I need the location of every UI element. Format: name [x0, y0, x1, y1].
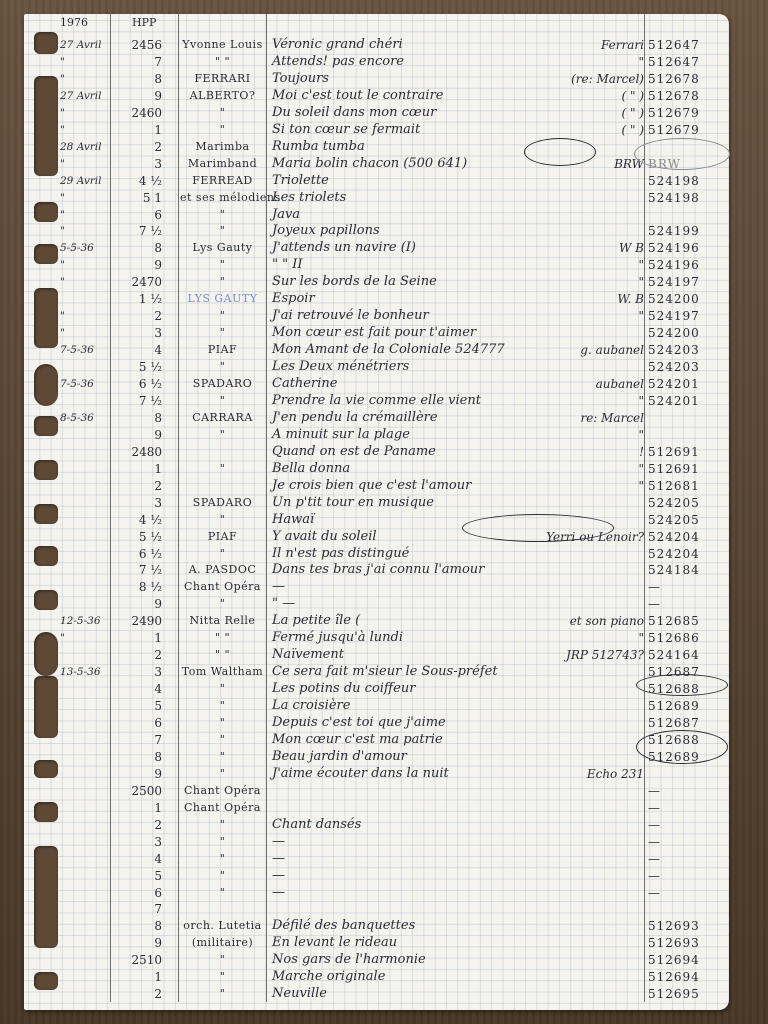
- row-title: Les triolets: [272, 189, 346, 207]
- row-catalog-number: 512694: [648, 951, 728, 969]
- row-catalog-number: 524205: [648, 494, 728, 512]
- table-row: 1 ½LYS GAUTYEspoirW. B524200: [24, 290, 729, 308]
- table-row: 2"Neuville512695: [24, 985, 729, 1003]
- row-note: ": [544, 392, 644, 410]
- row-catalog-number: —: [648, 850, 728, 868]
- row-hpp-number: 4: [112, 850, 166, 868]
- row-title: Triolette: [272, 172, 329, 190]
- row-catalog-number: 524201: [648, 375, 728, 393]
- table-row: 28 Avril2MarimbaRumba tumba: [24, 138, 729, 156]
- row-note: g. aubanel: [544, 341, 644, 359]
- row-artist: Lys Gauty: [180, 239, 265, 257]
- row-date: 5-5-36: [60, 239, 110, 257]
- row-note: ( " ): [544, 121, 644, 139]
- row-catalog-number: 524198: [648, 172, 728, 190]
- row-title: Quand on est de Paname: [272, 443, 436, 461]
- row-title: —: [272, 833, 285, 851]
- row-catalog-number: 524196: [648, 239, 728, 257]
- table-row: 7"Mon cœur c'est ma patrie512688: [24, 731, 729, 749]
- table-row: 2"Chant dansés—: [24, 816, 729, 834]
- row-title: J'attends un navire (I): [272, 239, 416, 257]
- table-row: 8orch. LutetiaDéfilé des banquettes51269…: [24, 917, 729, 935]
- row-date: ": [60, 256, 110, 274]
- table-row: 9"" ——: [24, 595, 729, 613]
- row-catalog-number: 524201: [648, 392, 728, 410]
- row-hpp-number: 5 1: [112, 189, 166, 207]
- table-row: 13-5-363Tom WalthamCe sera fait m'sieur …: [24, 663, 729, 681]
- table-row: "3MarimbandMaria bolin chacon (500 641)B…: [24, 155, 729, 173]
- row-catalog-number: 524203: [648, 358, 728, 376]
- table-row: 7 ½"Prendre la vie comme elle vient"5242…: [24, 392, 729, 410]
- row-hpp-number: 9: [112, 595, 166, 613]
- row-title: Du soleil dans mon cœur: [272, 104, 436, 122]
- row-catalog-number: 524197: [648, 307, 728, 325]
- row-date: ": [60, 104, 110, 122]
- row-date: ": [60, 307, 110, 325]
- row-artist: ": [180, 460, 265, 478]
- row-date: 29 Avril: [60, 172, 110, 190]
- row-note: W. B: [544, 290, 644, 308]
- row-title: J'aime écouter dans la nuit: [272, 765, 449, 783]
- row-hpp-number: 2: [112, 138, 166, 156]
- row-hpp-number: 2460: [112, 104, 166, 122]
- table-row: 6"——: [24, 884, 729, 902]
- note-circle: [462, 514, 614, 542]
- row-hpp-number: 2: [112, 816, 166, 834]
- row-artist: ": [180, 324, 265, 342]
- row-date: ": [60, 222, 110, 240]
- row-catalog-number: 512689: [648, 697, 728, 715]
- row-artist: ": [180, 392, 265, 410]
- row-hpp-number: 1: [112, 629, 166, 647]
- row-title: —: [272, 867, 285, 885]
- table-row: 6"Depuis c'est toi que j'aime512687: [24, 714, 729, 732]
- row-artist: Tom Waltham: [180, 663, 265, 681]
- table-row: 4"——: [24, 850, 729, 868]
- row-hpp-number: 6 ½: [112, 545, 166, 563]
- table-row: 2" "NaïvementJRP 512743?524164: [24, 646, 729, 664]
- row-hpp-number: 8: [112, 239, 166, 257]
- row-hpp-number: 7: [112, 731, 166, 749]
- row-artist: Chant Opéra: [180, 799, 265, 817]
- row-hpp-number: 2500: [112, 782, 166, 800]
- table-row: "2"J'ai retrouvé le bonheur"524197: [24, 307, 729, 325]
- row-artist: Chant Opéra: [180, 578, 265, 596]
- row-hpp-number: 9: [112, 765, 166, 783]
- row-artist: Marimband: [180, 155, 265, 173]
- row-title: Mon cœur c'est ma patrie: [272, 731, 443, 749]
- row-artist: ": [180, 595, 265, 613]
- row-catalog-number: 524184: [648, 561, 728, 579]
- row-hpp-number: 1: [112, 121, 166, 139]
- row-date: 8-5-36: [60, 409, 110, 427]
- row-title: Ce sera fait m'sieur le Sous-préfet: [272, 663, 498, 681]
- row-catalog-number: 512679: [648, 104, 728, 122]
- row-note: JRP 512743?: [544, 646, 644, 664]
- row-hpp-number: 1: [112, 460, 166, 478]
- row-title: Hawaï: [272, 511, 314, 529]
- row-hpp-number: 8: [112, 748, 166, 766]
- row-hpp-number: 8: [112, 917, 166, 935]
- row-hpp-number: 7 ½: [112, 561, 166, 579]
- row-title: Beau jardin d'amour: [272, 748, 407, 766]
- row-artist: A. PASDOC: [180, 561, 265, 579]
- row-catalog-number: 524197: [648, 273, 728, 291]
- row-note: ( " ): [544, 87, 644, 105]
- row-hpp-number: 6: [112, 206, 166, 224]
- table-row: 8 ½Chant Opéra——: [24, 578, 729, 596]
- table-row: 5-5-368Lys GautyJ'attends un navire (I)W…: [24, 239, 729, 257]
- table-row: 8-5-368CARRARAJ'en pendu la crémaillèrer…: [24, 409, 729, 427]
- row-artist: orch. Lutetia: [180, 917, 265, 935]
- row-hpp-number: 5 ½: [112, 528, 166, 546]
- row-hpp-number: 3: [112, 494, 166, 512]
- ledger-header: 1976 HPP: [24, 14, 729, 32]
- row-date: ": [60, 70, 110, 88]
- row-title: Java: [272, 206, 300, 224]
- row-date: 27 Avril: [60, 36, 110, 54]
- table-row: "1" "Fermé jusqu'à lundi"512686: [24, 629, 729, 647]
- row-artist: ": [180, 222, 265, 240]
- row-title: —: [272, 850, 285, 868]
- row-title: Sur les bords de la Seine: [272, 273, 437, 291]
- row-title: Neuville: [272, 985, 327, 1003]
- row-hpp-number: 4 ½: [112, 172, 166, 190]
- row-catalog-number: 512647: [648, 36, 728, 54]
- row-catalog-number: 512686: [648, 629, 728, 647]
- row-note: ": [544, 426, 644, 444]
- row-catalog-number: 524204: [648, 528, 728, 546]
- row-note: aubanel: [544, 375, 644, 393]
- table-row: 27 Avril9ALBERTO?Moi c'est tout le contr…: [24, 87, 729, 105]
- row-title: Fermé jusqu'à lundi: [272, 629, 403, 647]
- row-catalog-number: —: [648, 867, 728, 885]
- row-hpp-number: 1 ½: [112, 290, 166, 308]
- row-artist: ": [180, 850, 265, 868]
- row-title: Moi c'est tout le contraire: [272, 87, 444, 105]
- row-artist: FERRARI: [180, 70, 265, 88]
- row-title: Si ton cœur se fermait: [272, 121, 420, 139]
- table-row: 4"Les potins du coiffeur512688: [24, 680, 729, 698]
- table-row: 12-5-362490Nitta RelleLa petite île (et …: [24, 612, 729, 630]
- row-hpp-number: 6 ½: [112, 375, 166, 393]
- row-catalog-number: 524196: [648, 256, 728, 274]
- row-catalog-number: —: [648, 595, 728, 613]
- row-note: ": [544, 477, 644, 495]
- row-artist: ": [180, 884, 265, 902]
- row-hpp-number: 2: [112, 646, 166, 664]
- table-row: "2460"Du soleil dans mon cœur( " )512679: [24, 104, 729, 122]
- row-hpp-number: 2480: [112, 443, 166, 461]
- table-row: 1Chant Opéra—: [24, 799, 729, 817]
- row-artist: ": [180, 511, 265, 529]
- row-note: W B: [544, 239, 644, 257]
- row-artist: Chant Opéra: [180, 782, 265, 800]
- cat-circle: [636, 730, 728, 764]
- row-title: Chant dansés: [272, 816, 361, 834]
- row-note: ": [544, 256, 644, 274]
- table-row: 2510"Nos gars de l'harmonie512694: [24, 951, 729, 969]
- row-artist: ": [180, 273, 265, 291]
- row-hpp-number: 9: [112, 426, 166, 444]
- row-hpp-number: 6: [112, 714, 166, 732]
- row-artist: et ses mélodiens: [180, 189, 265, 207]
- row-artist: ": [180, 985, 265, 1003]
- table-row: "9"" " II"524196: [24, 256, 729, 274]
- row-hpp-number: 3: [112, 833, 166, 851]
- row-artist: ": [180, 867, 265, 885]
- table-row: 29 Avril4 ½FERREADTriolette524198: [24, 172, 729, 190]
- brw-circle: [524, 138, 596, 166]
- row-artist: FERREAD: [180, 172, 265, 190]
- row-artist: ": [180, 680, 265, 698]
- row-artist: " ": [180, 629, 265, 647]
- row-hpp-number: 7 ½: [112, 222, 166, 240]
- row-catalog-number: —: [648, 799, 728, 817]
- row-hpp-number: 7: [112, 900, 166, 918]
- row-note: ": [544, 53, 644, 71]
- row-title: Rumba tumba: [272, 138, 365, 156]
- row-catalog-number: 512693: [648, 934, 728, 952]
- row-artist: PIAF: [180, 341, 265, 359]
- row-artist: ": [180, 816, 265, 834]
- table-row: "6"Java: [24, 206, 729, 224]
- row-hpp-number: 1: [112, 799, 166, 817]
- row-artist: Nitta Relle: [180, 612, 265, 630]
- row-artist: SPADARO: [180, 375, 265, 393]
- row-artist: ": [180, 968, 265, 986]
- table-row: "2470"Sur les bords de la Seine"524197: [24, 273, 729, 291]
- row-title: Toujours: [272, 70, 329, 88]
- row-date: ": [60, 121, 110, 139]
- row-artist: SPADARO: [180, 494, 265, 512]
- row-catalog-number: 512679: [648, 121, 728, 139]
- row-catalog-number: 512691: [648, 443, 728, 461]
- row-date: ": [60, 273, 110, 291]
- table-row: 5 ½"Les Deux ménétriers524203: [24, 358, 729, 376]
- row-date: ": [60, 324, 110, 342]
- row-date: ": [60, 206, 110, 224]
- table-row: "5 1et ses mélodiensLes triolets524198: [24, 189, 729, 207]
- row-title: Véronic grand chéri: [272, 36, 403, 54]
- row-hpp-number: 3: [112, 663, 166, 681]
- table-row: "1"Si ton cœur se fermait( " )512679: [24, 121, 729, 139]
- row-title: Mon Amant de la Coloniale 524777: [272, 341, 505, 359]
- row-hpp-number: 2: [112, 477, 166, 495]
- row-artist: ": [180, 833, 265, 851]
- row-date: 28 Avril: [60, 138, 110, 156]
- row-artist: ": [180, 307, 265, 325]
- row-hpp-number: 3: [112, 155, 166, 173]
- row-note: ": [544, 273, 644, 291]
- table-row: 9"A minuit sur la plage": [24, 426, 729, 444]
- row-catalog-number: —: [648, 816, 728, 834]
- row-artist: ALBERTO?: [180, 87, 265, 105]
- table-row: "8FERRARIToujours(re: Marcel)512678: [24, 70, 729, 88]
- row-artist: CARRARA: [180, 409, 265, 427]
- row-title: " —: [272, 595, 295, 613]
- row-artist: ": [180, 765, 265, 783]
- row-title: Les potins du coiffeur: [272, 680, 415, 698]
- row-hpp-number: 7: [112, 53, 166, 71]
- row-note: et son piano: [544, 612, 644, 630]
- row-date: ": [60, 53, 110, 71]
- row-artist: " ": [180, 646, 265, 664]
- row-hpp-number: 5: [112, 697, 166, 715]
- row-note: (re: Marcel): [544, 70, 644, 88]
- row-date: ": [60, 629, 110, 647]
- row-artist: ": [180, 121, 265, 139]
- cat-circle: [636, 674, 728, 696]
- row-date: 7-5-36: [60, 375, 110, 393]
- row-title: Maria bolin chacon (500 641): [272, 155, 467, 173]
- row-hpp-number: 9: [112, 934, 166, 952]
- row-catalog-number: 524164: [648, 646, 728, 664]
- table-row: 2480Quand on est de Paname!512691: [24, 443, 729, 461]
- row-artist: ": [180, 104, 265, 122]
- row-artist: " ": [180, 53, 265, 71]
- row-hpp-number: 1: [112, 968, 166, 986]
- row-catalog-number: 524204: [648, 545, 728, 563]
- row-note: ": [544, 307, 644, 325]
- row-date: 27 Avril: [60, 87, 110, 105]
- row-catalog-number: 512691: [648, 460, 728, 478]
- row-title: Marche originale: [272, 968, 385, 986]
- row-title: " " II: [272, 256, 303, 274]
- brw-pencil-circle: [634, 138, 730, 170]
- row-title: En levant le rideau: [272, 934, 397, 952]
- row-artist: ": [180, 256, 265, 274]
- ledger-sheet: 1976 HPP 27 Avril2456Yvonne LouisVéronic…: [24, 14, 729, 1010]
- row-note: re: Marcel: [544, 409, 644, 427]
- row-hpp-number: 4 ½: [112, 511, 166, 529]
- row-artist: (militaire): [180, 934, 265, 952]
- table-row: 9"J'aime écouter dans la nuitEcho 231: [24, 765, 729, 783]
- row-title: Dans tes bras j'ai connu l'amour: [272, 561, 484, 579]
- row-artist: Marimba: [180, 138, 265, 156]
- row-hpp-number: 2: [112, 307, 166, 325]
- row-title: La petite île (: [272, 612, 360, 630]
- table-row: 3SPADAROUn p'tit tour en musique524205: [24, 494, 729, 512]
- row-artist: ": [180, 206, 265, 224]
- row-date: ": [60, 189, 110, 207]
- row-hpp-number: 7 ½: [112, 392, 166, 410]
- table-row: 1"Bella donna"512691: [24, 460, 729, 478]
- row-hpp-number: 8 ½: [112, 578, 166, 596]
- row-hpp-number: 2490: [112, 612, 166, 630]
- row-hpp-number: 4: [112, 680, 166, 698]
- row-title: Y avait du soleil: [272, 528, 377, 546]
- row-title: La croisière: [272, 697, 350, 715]
- table-row: 5"La croisière512689: [24, 697, 729, 715]
- row-catalog-number: 512693: [648, 917, 728, 935]
- row-title: Il n'est pas distingué: [272, 545, 409, 563]
- row-title: —: [272, 884, 285, 902]
- header-series: HPP: [132, 14, 156, 32]
- row-catalog-number: 524198: [648, 189, 728, 207]
- table-row: 2Je crois bien que c'est l'amour"512681: [24, 477, 729, 495]
- row-title: J'en pendu la crémaillère: [272, 409, 438, 427]
- row-hpp-number: 2456: [112, 36, 166, 54]
- row-catalog-number: 512678: [648, 70, 728, 88]
- row-hpp-number: 8: [112, 70, 166, 88]
- row-title: Joyeux papillons: [272, 222, 380, 240]
- row-date: 13-5-36: [60, 663, 110, 681]
- table-row: 5 ½PIAFY avait du soleilYerri ou Lenoir?…: [24, 528, 729, 546]
- row-catalog-number: —: [648, 578, 728, 596]
- row-title: A minuit sur la plage: [272, 426, 410, 444]
- row-artist: PIAF: [180, 528, 265, 546]
- row-artist: ": [180, 426, 265, 444]
- row-hpp-number: 9: [112, 87, 166, 105]
- table-row: 7-5-364PIAFMon Amant de la Coloniale 524…: [24, 341, 729, 359]
- row-catalog-number: 512647: [648, 53, 728, 71]
- row-title: Nos gars de l'harmonie: [272, 951, 426, 969]
- table-row: 7: [24, 900, 729, 918]
- table-row: 1"Marche originale512694: [24, 968, 729, 986]
- row-date: 7-5-36: [60, 341, 110, 359]
- row-catalog-number: 524200: [648, 324, 728, 342]
- row-catalog-number: 524203: [648, 341, 728, 359]
- row-note: ( " ): [544, 104, 644, 122]
- row-title: Attends! pas encore: [272, 53, 404, 71]
- row-catalog-number: 524199: [648, 222, 728, 240]
- row-artist: ": [180, 951, 265, 969]
- row-artist: ": [180, 731, 265, 749]
- row-catalog-number: —: [648, 782, 728, 800]
- row-title: —: [272, 578, 285, 596]
- row-title: Depuis c'est toi que j'aime: [272, 714, 446, 732]
- row-hpp-number: 8: [112, 409, 166, 427]
- row-title: Je crois bien que c'est l'amour: [272, 477, 471, 495]
- row-artist: ": [180, 714, 265, 732]
- row-artist: ": [180, 697, 265, 715]
- row-hpp-number: 6: [112, 884, 166, 902]
- table-row: "3"Mon cœur est fait pour t'aimer524200: [24, 324, 729, 342]
- row-artist: ": [180, 358, 265, 376]
- table-row: "7 ½"Joyeux papillons524199: [24, 222, 729, 240]
- row-artist: LYS GAUTY: [180, 290, 265, 308]
- row-hpp-number: 2: [112, 985, 166, 1003]
- table-row: 27 Avril2456Yvonne LouisVéronic grand ch…: [24, 36, 729, 54]
- row-catalog-number: 524200: [648, 290, 728, 308]
- table-row: 7-5-366 ½SPADAROCatherineaubanel524201: [24, 375, 729, 393]
- row-title: Les Deux ménétriers: [272, 358, 409, 376]
- row-catalog-number: 512685: [648, 612, 728, 630]
- row-note: ": [544, 629, 644, 647]
- row-catalog-number: —: [648, 884, 728, 902]
- row-catalog-number: 512695: [648, 985, 728, 1003]
- table-row: 4 ½"Hawaï524205: [24, 511, 729, 529]
- row-note: ": [544, 460, 644, 478]
- row-note: Ferrari: [544, 36, 644, 54]
- row-hpp-number: 5: [112, 867, 166, 885]
- row-title: Un p'tit tour en musique: [272, 494, 434, 512]
- row-note: Echo 231: [544, 765, 644, 783]
- row-title: Catherine: [272, 375, 337, 393]
- table-row: 6 ½"Il n'est pas distingué524204: [24, 545, 729, 563]
- row-date: 12-5-36: [60, 612, 110, 630]
- row-catalog-number: 512678: [648, 87, 728, 105]
- row-hpp-number: 2470: [112, 273, 166, 291]
- row-hpp-number: 4: [112, 341, 166, 359]
- table-row: 5"——: [24, 867, 729, 885]
- header-year: 1976: [60, 14, 110, 32]
- row-artist: Yvonne Louis: [180, 36, 265, 54]
- table-row: "7" "Attends! pas encore"512647: [24, 53, 729, 71]
- row-hpp-number: 2510: [112, 951, 166, 969]
- row-title: Mon cœur est fait pour t'aimer: [272, 324, 476, 342]
